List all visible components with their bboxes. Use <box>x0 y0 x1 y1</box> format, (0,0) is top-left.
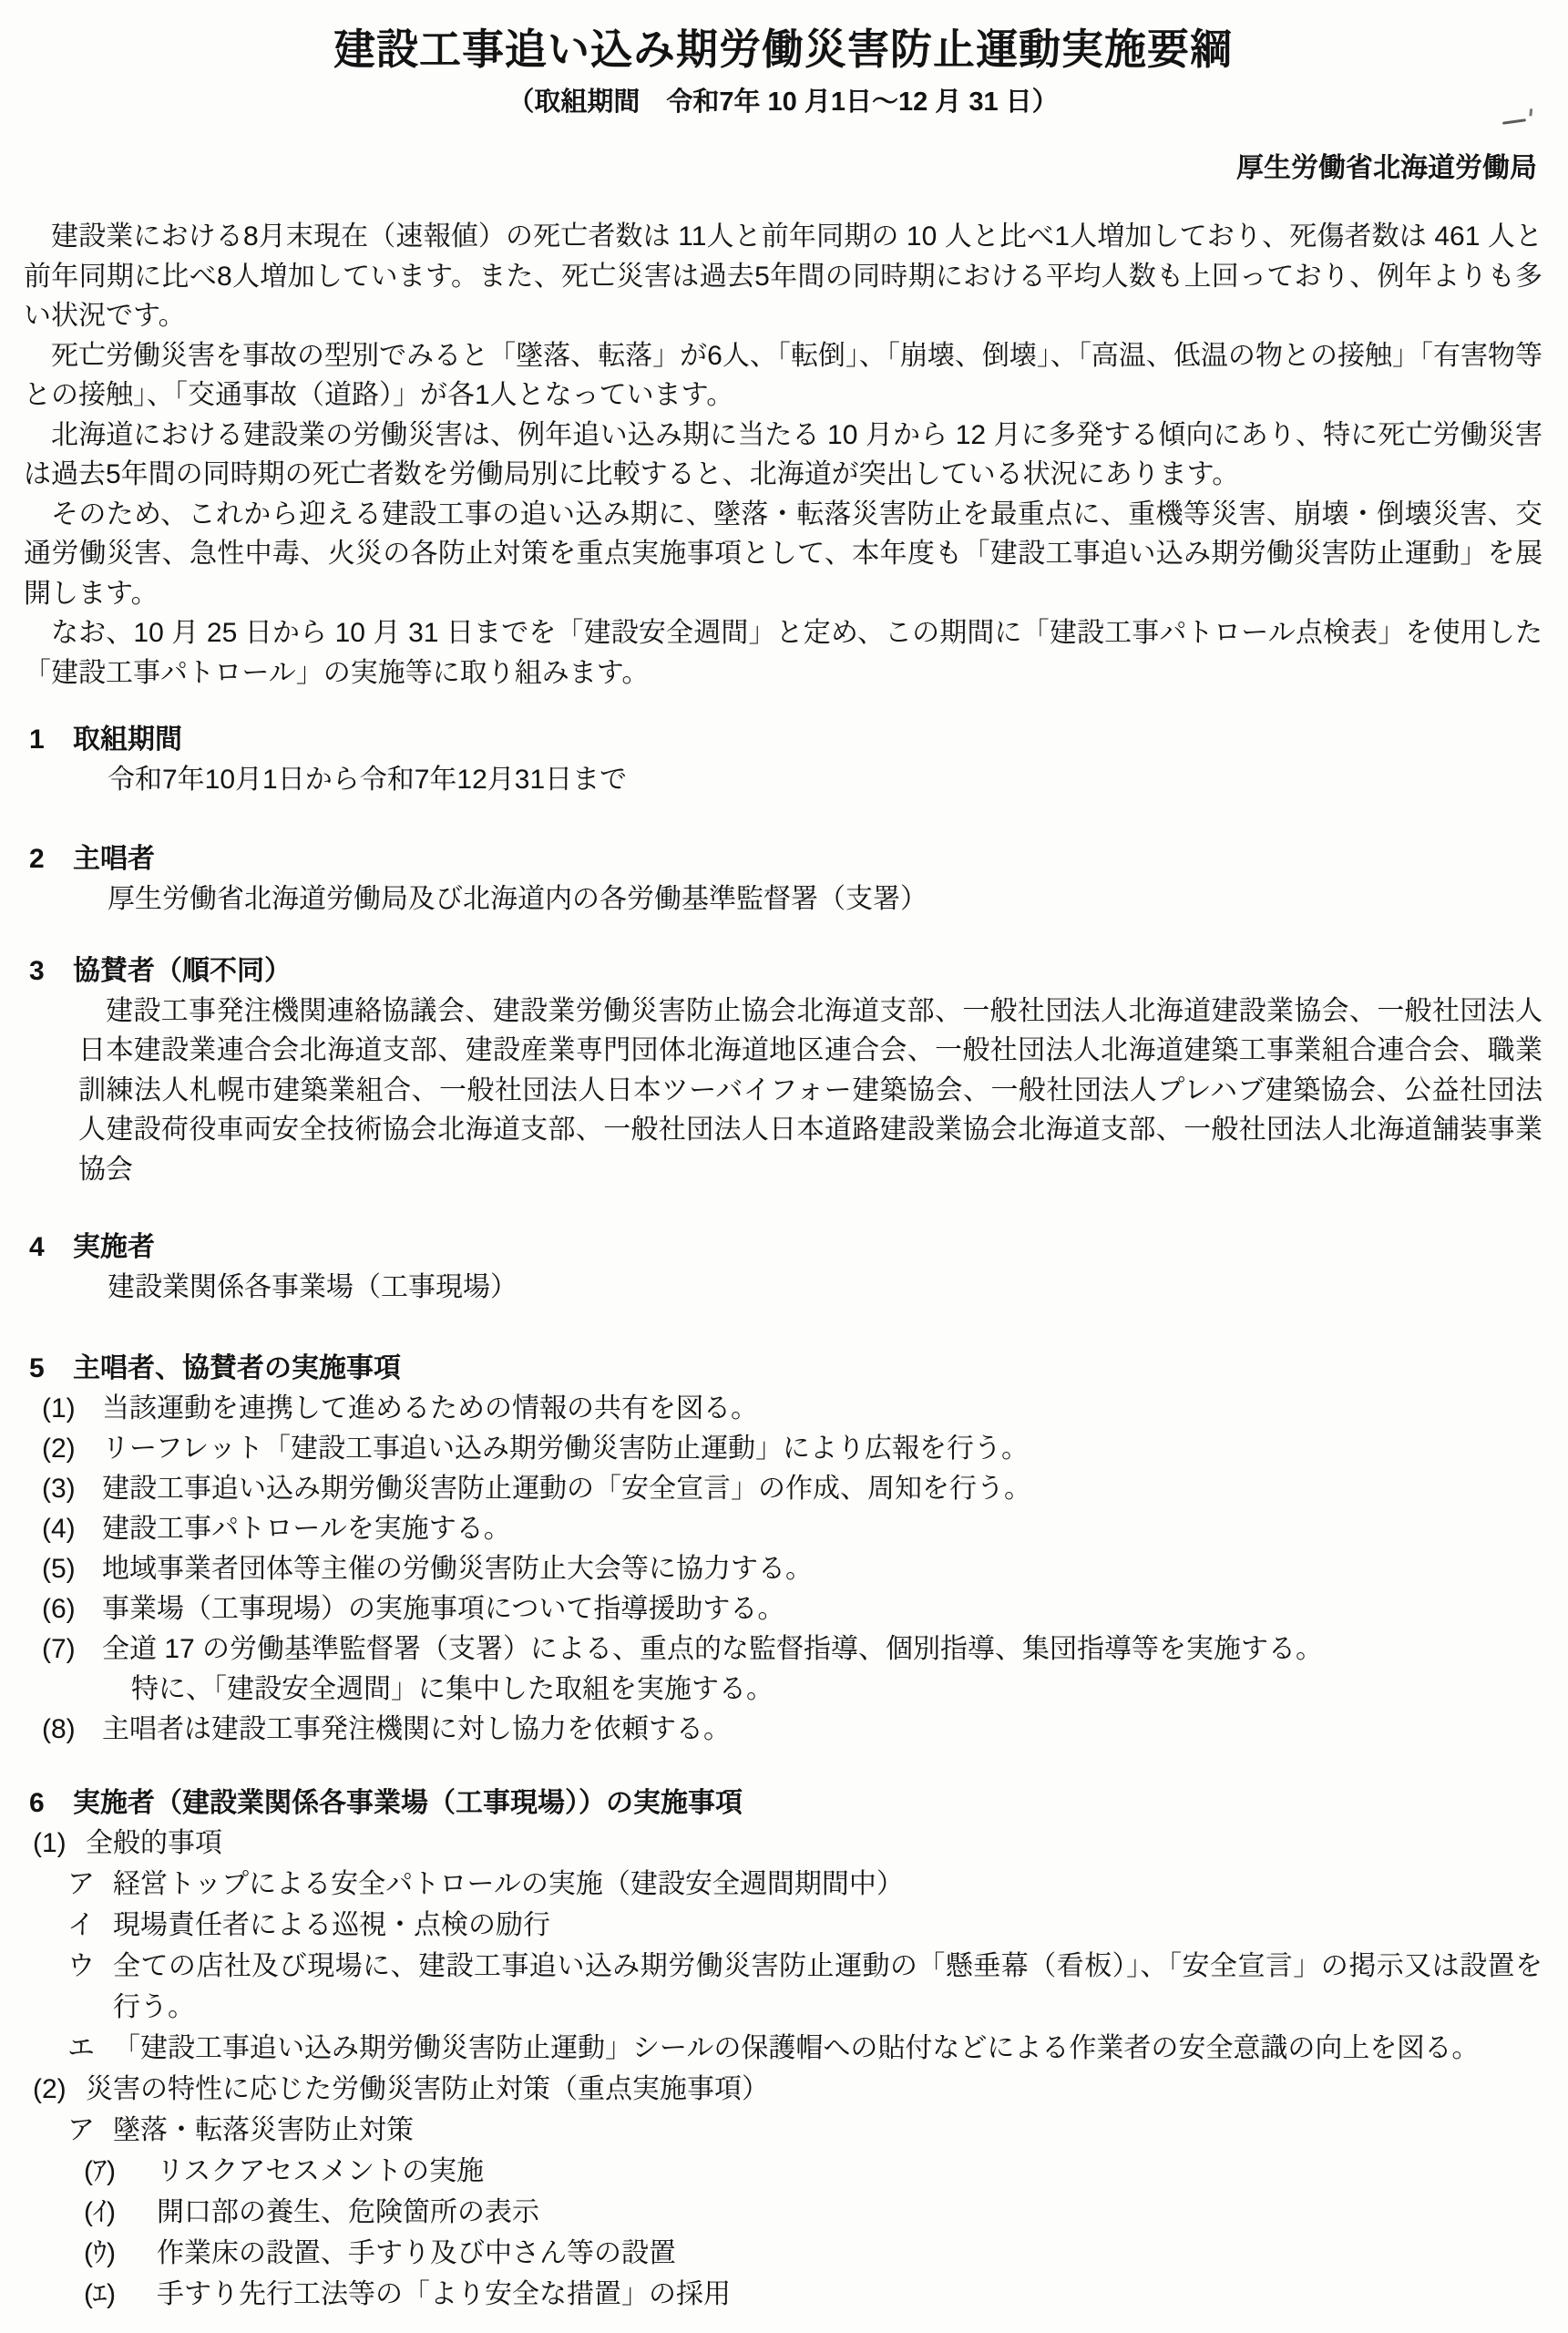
section-heading-text: 実施者 <box>73 1228 155 1268</box>
item-number: (2) <box>33 2069 86 2110</box>
item-text: リスクアセスメントの実施 <box>157 2151 1542 2192</box>
item-number: ア <box>67 1864 113 1905</box>
intro-paragraph: 建設業における8月末現在（速報値）の死亡者数は 11人と前年同期の 10 人と比… <box>24 217 1542 336</box>
section-body: 令和7年10月1日から令和7年12月31日まで <box>24 760 1542 800</box>
item-number: (5) <box>42 1549 102 1589</box>
item-number: (4) <box>42 1509 102 1549</box>
item-text: 全道 17 の労働基準監督署（支署）による、重点的な監督指導、個別指導、集団指導… <box>102 1629 1542 1670</box>
item-number: (3) <box>42 1469 102 1509</box>
intro-paragraph: なお、10 月 25 日から 10 月 31 日までを「建設安全週間」と定め、こ… <box>24 613 1542 693</box>
section-body: 厚生労働省北海道労働局及び北海道内の各労働基準監督署（支署） <box>24 879 1542 920</box>
intro-paragraph: 死亡労働災害を事故の型別でみると「墜落、転落」が6人、「転倒」、「崩壊、倒壊」、… <box>24 336 1542 416</box>
intro-paragraph: そのため、これから迎える建設工事の追い込み期に、墜落・転落災害防止を最重点に、重… <box>24 495 1542 614</box>
section-heading: 3 協賛者（順不同） <box>24 951 1542 992</box>
group-heading: ア 墜落・転落災害防止対策 <box>24 2110 1542 2151</box>
list-item: (4) 建設工事パトロールを実施する。 <box>24 1509 1542 1549</box>
item-number: (8) <box>42 1710 102 1750</box>
intro-block: 建設業における8月末現在（速報値）の死亡者数は 11人と前年同期の 10 人と比… <box>24 217 1542 693</box>
item-number: (2) <box>42 1429 102 1469</box>
item-text: 全ての店社及び現場に、建設工事追い込み期労働災害防止運動の「懸垂幕（看板）」、「… <box>113 1946 1542 2028</box>
page-title: 建設工事追い込み期労働災害防止運動実施要綱 <box>24 24 1542 77</box>
item-number: エ <box>67 2028 113 2069</box>
list-item: (3) 建設工事追い込み期労働災害防止運動の「安全宣言」の作成、周知を行う。 <box>24 1469 1542 1509</box>
section-heading: 1 取組期間 <box>24 720 1542 760</box>
list-item: (1) 当該運動を連携して進めるための情報の共有を図る。 <box>24 1389 1542 1429</box>
group-heading-text: 墜落・転落災害防止対策 <box>113 2110 1542 2151</box>
item-text: リーフレット「建設工事追い込み期労働災害防止運動」により広報を行う。 <box>102 1429 1542 1469</box>
list-item: (7) 全道 17 の労働基準監督署（支署）による、重点的な監督指導、個別指導、… <box>24 1629 1542 1670</box>
item-text: 地域事業者団体等主催の労働災害防止大会等に協力する。 <box>102 1549 1542 1589</box>
item-text: 建設工事追い込み期労働災害防止運動の「安全宣言」の作成、周知を行う。 <box>102 1469 1542 1509</box>
list-item: (ｲ) 開口部の養生、危険箇所の表示 <box>24 2192 1542 2233</box>
item-number: (6) <box>42 1589 102 1629</box>
subsection-specific: (2) 災害の特性に応じた労働災害防止対策（重点実施事項） <box>24 2069 1542 2110</box>
scan-artifact <box>118 230 122 233</box>
section-5-sponsor-actions: 5 主唱者、協賛者の実施事項 (1) 当該運動を連携して進めるための情報の共有を… <box>24 1349 1542 1750</box>
item-number: ウ <box>67 1946 113 2028</box>
item-text: 主唱者は建設工事発注機関に対し協力を依頼する。 <box>102 1710 1542 1750</box>
item-number: (ｴ) <box>84 2274 157 2315</box>
section-heading-text: 取組期間 <box>73 720 182 760</box>
section-number: 5 <box>29 1349 73 1389</box>
list-item: (8) 主唱者は建設工事発注機関に対し協力を依頼する。 <box>24 1710 1542 1750</box>
section-heading-text: 主唱者 <box>73 839 155 879</box>
item-text: 作業床の設置、手すり及び中さん等の設置 <box>157 2233 1542 2274</box>
item-text: 事業場（工事現場）の実施事項について指導援助する。 <box>102 1589 1542 1629</box>
section-number: 1 <box>29 720 73 760</box>
section-heading: 5 主唱者、協賛者の実施事項 <box>24 1349 1542 1389</box>
list-item: (5) 地域事業者団体等主催の労働災害防止大会等に協力する。 <box>24 1549 1542 1589</box>
item-number: (1) <box>33 1823 86 1864</box>
list-item: (ｳ) 作業床の設置、手すり及び中さん等の設置 <box>24 2233 1542 2274</box>
item-text: 当該運動を連携して進めるための情報の共有を図る。 <box>102 1389 1542 1429</box>
list-item: ア 経営トップによる安全パトロールの実施（建設安全週間期間中） <box>24 1864 1542 1905</box>
issuer-name: 厚生労働省北海道労働局 <box>24 150 1542 186</box>
intro-paragraph: 北海道における建設業の労働災害は、例年追い込み期に当たる 10 月から 12 月… <box>24 416 1542 495</box>
list-item: (2) リーフレット「建設工事追い込み期労働災害防止運動」により広報を行う。 <box>24 1429 1542 1469</box>
section-4-implementers: 4 実施者 建設業関係各事業場（工事現場） <box>24 1228 1542 1307</box>
section-number: 3 <box>29 951 73 992</box>
item-number: イ <box>67 1905 113 1946</box>
section-heading-text: 実施者（建設業関係各事業場（工事現場））の実施事項 <box>73 1783 743 1824</box>
section-1-period: 1 取組期間 令和7年10月1日から令和7年12月31日まで <box>24 720 1542 799</box>
scan-artifact <box>1502 118 1526 125</box>
section-body: 建設工事発注機関連絡協議会、建設業労働災害防止協会北海道支部、一般社団法人北海道… <box>24 992 1542 1190</box>
subsection-general: (1) 全般的事項 <box>24 1823 1542 1864</box>
section-heading-text: 主唱者、協賛者の実施事項 <box>73 1349 401 1389</box>
section-6-implementer-actions: 6 実施者（建設業関係各事業場（工事現場））の実施事項 (1) 全般的事項 ア … <box>24 1783 1542 2316</box>
section-body: 建設業関係各事業場（工事現場） <box>24 1268 1542 1308</box>
item-text: 「建設工事追い込み期労働災害防止運動」シールの保護帽への貼付などによる作業者の安… <box>113 2028 1542 2069</box>
item-number: ア <box>67 2110 113 2151</box>
item-number: (ｳ) <box>84 2233 157 2274</box>
item-number: (7) <box>42 1629 102 1670</box>
subtitle-period: （取組期間 令和7年 10 月1日～12 月 31 日） <box>24 86 1542 120</box>
item-text: 現場責任者による巡視・点検の励行 <box>113 1905 1542 1946</box>
list-item: ウ 全ての店社及び現場に、建設工事追い込み期労働災害防止運動の「懸垂幕（看板）」… <box>24 1946 1542 2028</box>
item-text: 開口部の養生、危険箇所の表示 <box>157 2192 1542 2233</box>
list-item: エ 「建設工事追い込み期労働災害防止運動」シールの保護帽への貼付などによる作業者… <box>24 2028 1542 2069</box>
scanned-document-page: 建設工事追い込み期労働災害防止運動実施要綱 （取組期間 令和7年 10 月1日～… <box>0 0 1568 2333</box>
item-text: 手すり先行工法等の「より安全な措置」の採用 <box>157 2274 1542 2315</box>
subsection-heading-text: 災害の特性に応じた労働災害防止対策（重点実施事項） <box>86 2069 769 2110</box>
section-heading: 4 実施者 <box>24 1228 1542 1268</box>
list-item: イ 現場責任者による巡視・点検の励行 <box>24 1905 1542 1946</box>
item-number: (1) <box>42 1389 102 1429</box>
section-heading: 2 主唱者 <box>24 839 1542 879</box>
section-number: 2 <box>29 839 73 879</box>
item-number: (ｲ) <box>84 2192 157 2233</box>
section-3-supporters: 3 協賛者（順不同） 建設工事発注機関連絡協議会、建設業労働災害防止協会北海道支… <box>24 951 1542 1189</box>
section-heading: 6 実施者（建設業関係各事業場（工事現場））の実施事項 <box>24 1783 1542 1824</box>
item-number: (ｱ) <box>84 2151 157 2192</box>
list-item: (ｱ) リスクアセスメントの実施 <box>24 2151 1542 2192</box>
section-heading-text: 協賛者（順不同） <box>73 951 292 992</box>
section-number: 6 <box>29 1783 73 1824</box>
item-text: 建設工事パトロールを実施する。 <box>102 1509 1542 1549</box>
list-item: (ｴ) 手すり先行工法等の「より安全な措置」の採用 <box>24 2274 1542 2315</box>
section-number: 4 <box>29 1228 73 1268</box>
section-2-sponsor: 2 主唱者 厚生労働省北海道労働局及び北海道内の各労働基準監督署（支署） <box>24 839 1542 919</box>
subsection-heading-text: 全般的事項 <box>86 1823 222 1864</box>
list-item: (6) 事業場（工事現場）の実施事項について指導援助する。 <box>24 1589 1542 1629</box>
item-text: 経営トップによる安全パトロールの実施（建設安全週間期間中） <box>113 1864 1542 1905</box>
list-item-continuation: 特に、「建設安全週間」に集中した取組を実施する。 <box>24 1670 1542 1710</box>
